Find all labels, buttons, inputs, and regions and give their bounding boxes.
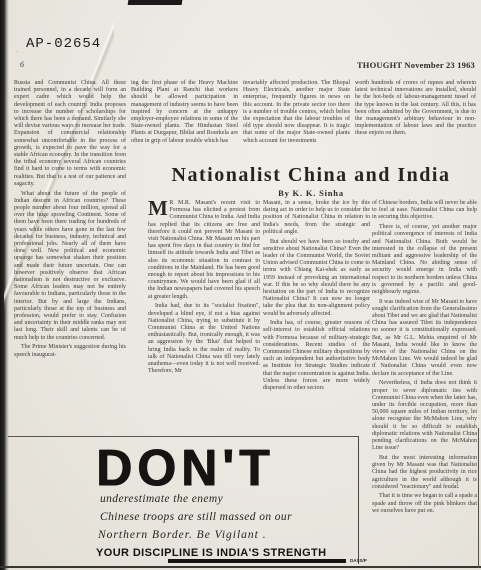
scan-ink-mark	[128, 0, 183, 5]
article-byline: By K. K. Sinha	[145, 188, 477, 198]
vigilance-advertisement: DON'T underestimate the enemy Chinese tr…	[8, 436, 359, 564]
masthead-dateline: THOUGHT November 23 1963	[330, 60, 475, 70]
page-right-rule	[478, 428, 479, 568]
body-paragraph: India has, of course, greater reasons of…	[263, 320, 370, 392]
ad-body-line: Northern Border. Be Vigilant .	[98, 529, 267, 541]
left-column: Russia and Communist China. All these tr…	[14, 80, 126, 432]
body-paragraph: invariably affected production. The Bhop…	[243, 80, 350, 145]
body-paragraph: Masani, in a sense, broke the ice by thi…	[263, 200, 370, 236]
ad-subline: underestimate the enemy	[100, 493, 223, 505]
body-paragraph: MR M.R. Masani's recent visit to Formosa…	[148, 200, 260, 301]
body-paragraph: worth hundreds of crores of rupees and w…	[355, 80, 476, 138]
article-column-2: Masani, in a sense, broke the ice by thi…	[263, 200, 370, 436]
body-paragraph: It was indeed wise of Mr Masani to have …	[372, 299, 477, 378]
body-paragraph: That it is time we began to call a spade…	[372, 493, 477, 515]
ad-headline: DON'T	[60, 438, 310, 498]
body-paragraph: ing the first phase of the Heavy Machine…	[131, 80, 238, 145]
page-bottom-rule	[0, 566, 481, 568]
article-headline: Nationalist China and India	[145, 164, 477, 187]
article-column-3: of Chinese borders, India will never be …	[372, 200, 477, 564]
body-paragraph: What about the future of the people of I…	[14, 191, 126, 342]
body-paragraph: But the most interesting information giv…	[372, 455, 477, 491]
drop-cap: M	[148, 200, 169, 217]
ad-body-line: Chinese troops are still massed on our	[100, 511, 292, 523]
archive-stamp: AP-02654	[26, 36, 101, 52]
body-paragraph: Russia and Communist China. All these tr…	[14, 80, 126, 188]
scanned-newspaper-page: AP-02654 · 6 THOUGHT November 23 1963 Ru…	[0, 0, 481, 570]
body-paragraph: of Chinese borders, India will never be …	[372, 200, 477, 222]
body-paragraph: Nevertheless, if India does not think it…	[372, 380, 477, 452]
ad-rule-bar	[168, 559, 346, 563]
ad-slogan: YOUR DISCIPLINE IS INDIA'S STRENGTH	[96, 547, 327, 559]
body-paragraph: India had, due to its "socialist fixatio…	[148, 303, 260, 375]
page-number: 6	[20, 60, 24, 69]
scan-smudge: ·	[16, 48, 18, 56]
body-paragraph: There is, of course, yet another major p…	[372, 224, 477, 296]
article-column-1: MR M.R. Masani's recent visit to Formosa…	[148, 200, 260, 436]
ad-agency-mark: DASS/P	[350, 558, 367, 563]
body-paragraph: But should we have been so touchy and se…	[263, 239, 370, 318]
body-paragraph: The Prime Minister's suggestion during h…	[14, 344, 126, 358]
